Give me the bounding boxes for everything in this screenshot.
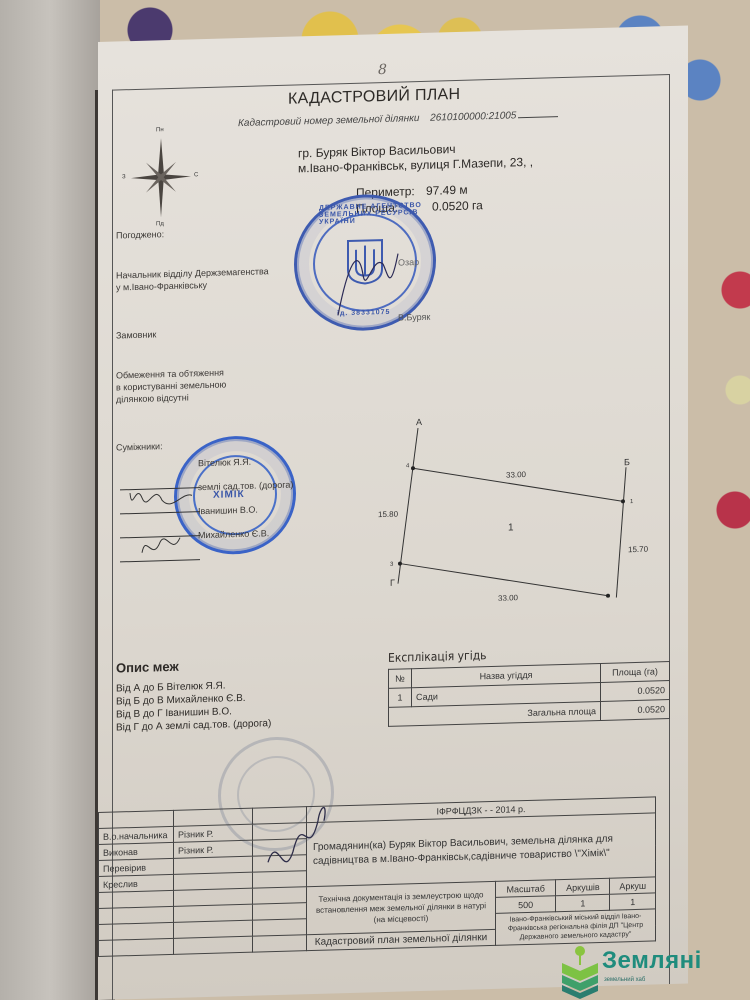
explication-table: № Назва угіддя Площа (га) 1 Сади 0.0520 … — [388, 661, 670, 727]
stamp-agency-text: ДЕРЖАВНЕ АГЕНТСТВО ЗЕМЕЛЬНИХ РЕСУРСІВ УК… — [319, 202, 433, 226]
point-3: 3 — [390, 562, 394, 568]
neighbour-item: Вітелюк Я.Я. — [198, 449, 293, 476]
perimeter-value: 97.49 м — [426, 182, 468, 199]
col-area: Площа (га) — [601, 662, 670, 683]
executor-signature-icon — [258, 790, 338, 882]
boundaries-title: Опис меж — [116, 657, 271, 674]
sheet-label: Аркуш — [610, 877, 656, 894]
col-no: № — [389, 669, 412, 689]
sheets-label: Аркушів — [556, 878, 610, 896]
side-right-length: 15.70 — [628, 545, 649, 555]
boundaries-description: Опис меж Від А до Б Вітелюк Я.Я. Від Б д… — [116, 657, 271, 734]
head-label: Начальник відділу Держземагенства у м.Ів… — [116, 265, 269, 293]
restrictions-note: Обмеження та обтяження в користуванні зе… — [116, 366, 226, 405]
zemliany-logo: Землянi земельний хаб — [560, 945, 750, 1000]
logo-layers-icon — [560, 945, 600, 1000]
land-explication: Експлікація угідь № Назва угіддя Площа (… — [388, 643, 670, 727]
neighbour-item: Михайленко Є.В. — [198, 521, 293, 548]
scale-value: 500 — [496, 896, 556, 914]
handwritten-page-number: 8 — [378, 62, 387, 78]
point-1: 1 — [630, 499, 634, 505]
compass-west: З — [122, 174, 126, 180]
sheet-value: 1 — [610, 893, 656, 910]
logo-tagline: земельний хаб — [604, 977, 645, 983]
title-block: ІФРФЦДЗК - - 2014 р. В.о.начальника Різн… — [98, 796, 656, 957]
organization: Івано-Франківський міський відділ Івано-… — [496, 909, 656, 945]
compass-east: С — [194, 172, 198, 178]
total-value: 0.0520 — [601, 700, 670, 721]
customer-label: Замовник — [116, 328, 156, 341]
title-block-table: ІФРФЦДЗК - - 2014 р. В.о.начальника Різн… — [98, 796, 656, 957]
parcel-number: 1 — [508, 522, 514, 533]
neighbour-item: Іванишин В.О. — [198, 497, 293, 524]
compass-north: Пн — [156, 127, 164, 133]
sheets-value: 1 — [556, 894, 610, 912]
side-left-length: 15.80 — [378, 510, 399, 520]
row-no: 1 — [389, 688, 412, 708]
row-area: 0.0520 — [601, 681, 670, 702]
neighbour-signatures-icon — [122, 451, 212, 574]
neighbour-item: землі сад.тов. (дорога) — [198, 473, 293, 500]
logo-brand: Землянi — [602, 947, 702, 975]
documentation-type: Технічна документація із землеустрою щод… — [307, 881, 496, 934]
project-description: Громадянин(ка) Буряк Віктор Васильович, … — [307, 813, 656, 887]
point-4: 4 — [406, 463, 410, 469]
compass-rose-icon: Пн Пд З С — [126, 134, 196, 221]
corner-b: Б — [624, 457, 630, 467]
scale-label: Масштаб — [496, 880, 556, 898]
neighbours-list: Вітелюк Я.Я. землі сад.тов. (дорога) Іва… — [198, 449, 293, 548]
left-book-page — [0, 0, 100, 1000]
area-value: 0.0520 га — [432, 197, 483, 214]
side-top-length: 33.00 — [506, 470, 527, 480]
parcel-plot-diagram: А Б В Г 1 2 3 4 33.00 33.00 15.80 15.70 … — [378, 376, 678, 604]
corner-a: А — [416, 417, 422, 427]
cadastral-plan-sheet: 8 КАДАСТРОВИЙ ПЛАН Кадастровий номер зем… — [98, 26, 688, 1000]
handwritten-signature-icon — [328, 233, 408, 325]
compass-south: Пд — [156, 221, 164, 227]
corner-g: Г — [390, 578, 395, 588]
agreed-label: Погоджено: — [116, 228, 164, 241]
